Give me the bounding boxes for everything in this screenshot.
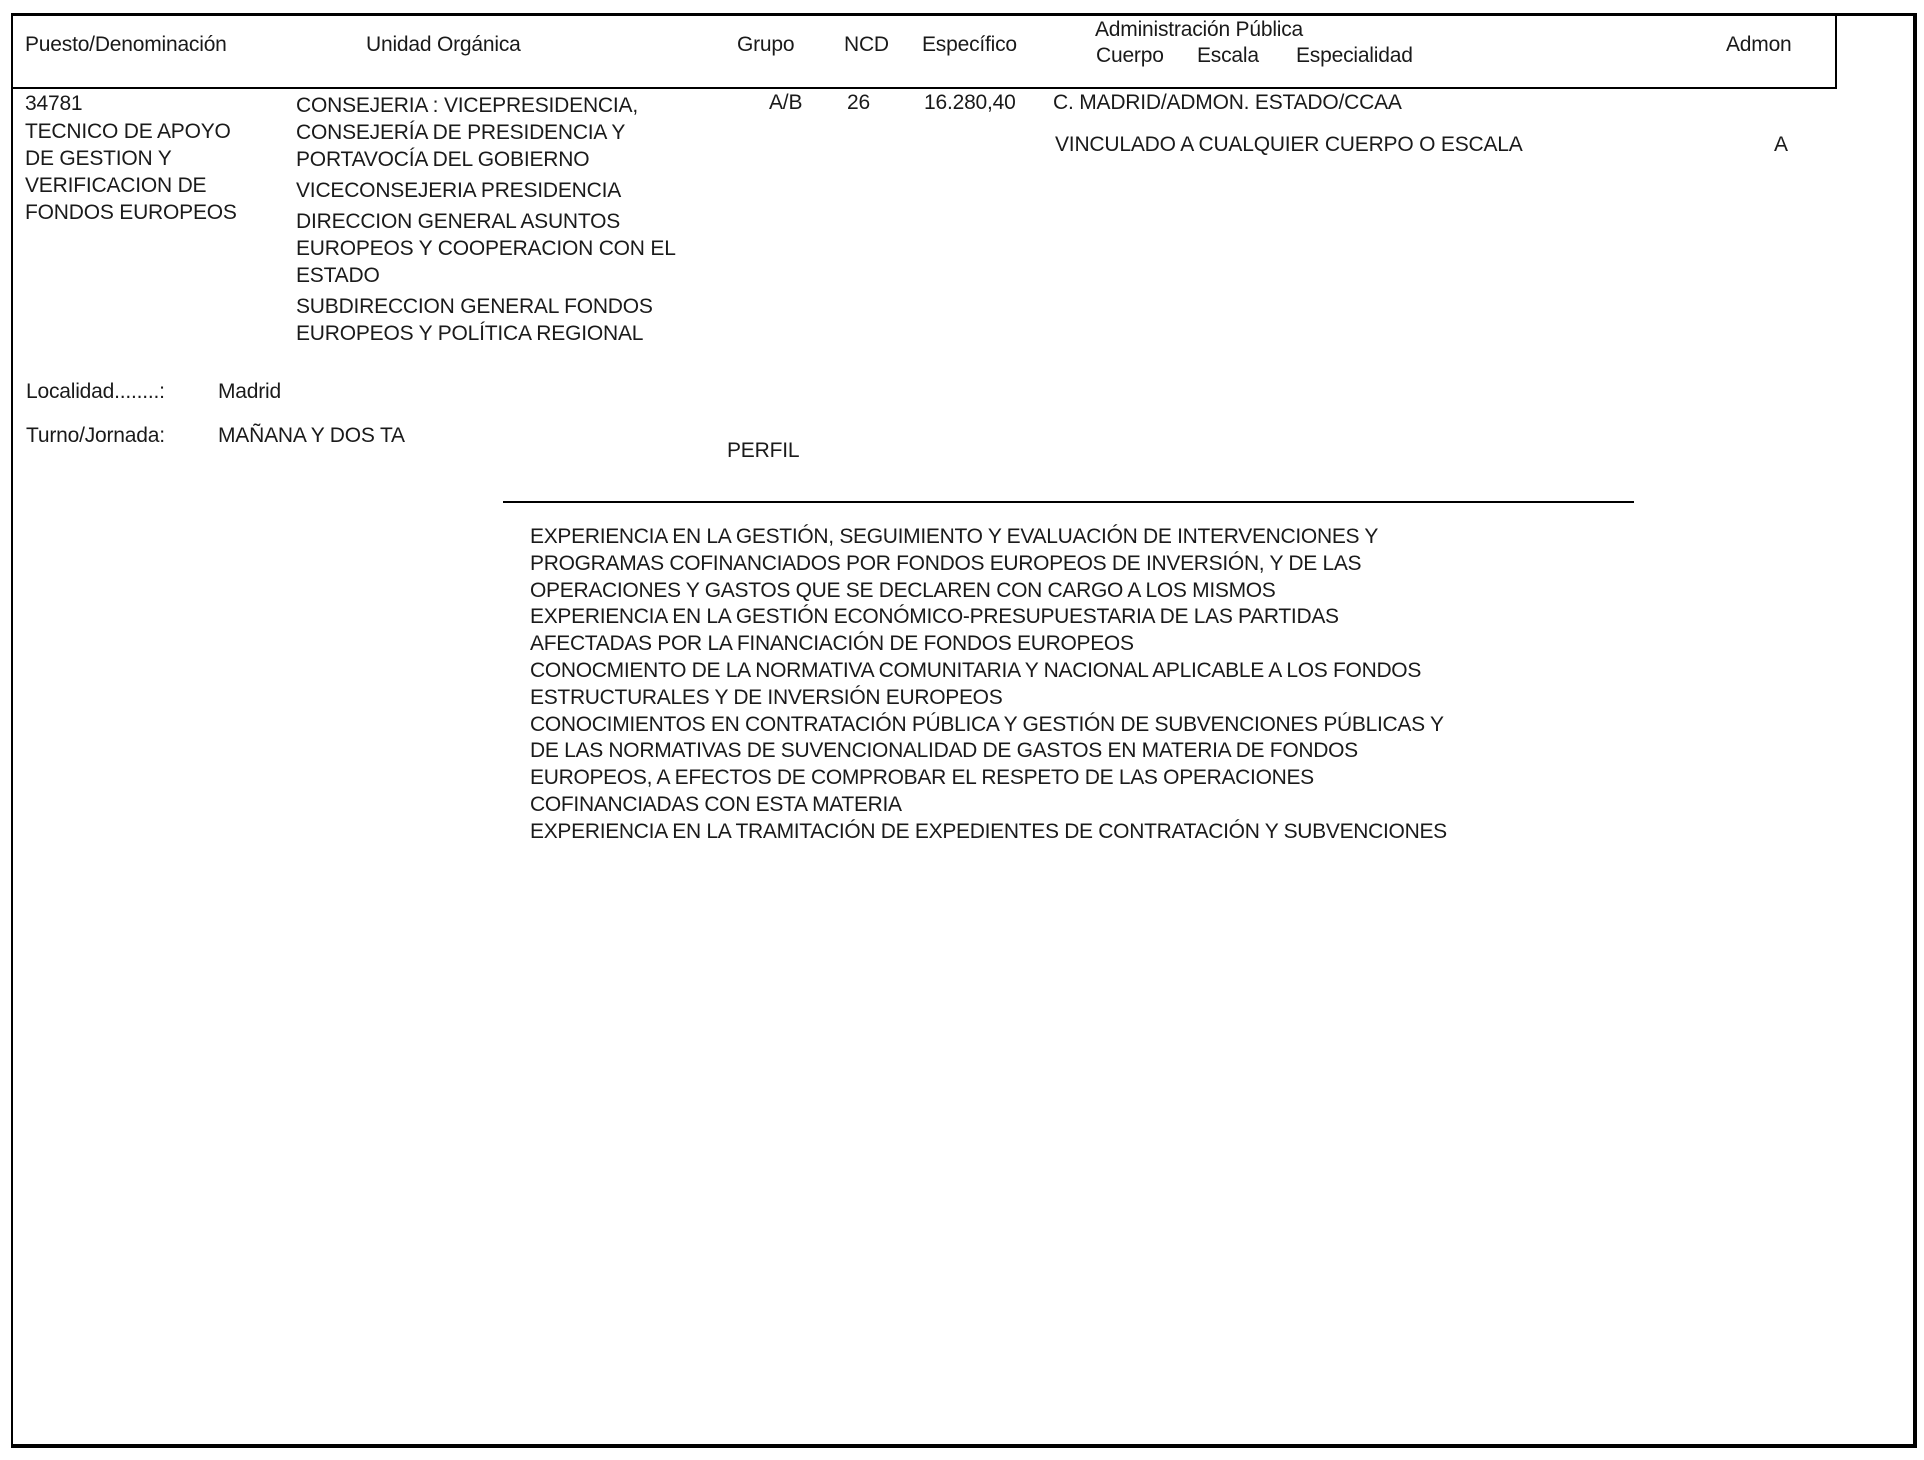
header-puesto: Puesto/Denominación: [25, 31, 227, 58]
unidad-organica: CONSEJERIA : VICEPRESIDENCIA, CONSEJERÍA…: [296, 92, 676, 347]
perfil-line: AFECTADAS POR LA FINANCIACIÓN DE FONDOS …: [530, 631, 1447, 658]
perfil-line: CONOCMIENTO DE LA NORMATIVA COMUNITARIA …: [530, 658, 1447, 685]
perfil-divider: [503, 501, 1634, 503]
unidad-line: SUBDIRECCION GENERAL FONDOS: [296, 293, 676, 320]
perfil-line: PROGRAMAS COFINANCIADOS POR FONDOS EUROP…: [530, 551, 1447, 578]
denominacion-line: FONDOS EUROPEOS: [25, 199, 237, 226]
header-ncd: NCD: [844, 31, 889, 58]
header-admon: Admon: [1726, 31, 1792, 58]
grupo-value: A/B: [769, 89, 802, 116]
denominacion-line: DE GESTION Y: [25, 145, 237, 172]
ncd-value: 26: [847, 89, 870, 116]
header-grupo: Grupo: [737, 31, 794, 58]
top-border: [11, 13, 1917, 16]
localidad-label: Localidad........:: [26, 378, 165, 405]
header-especialidad: Especialidad: [1296, 42, 1413, 69]
header-especifico: Específico: [922, 31, 1017, 58]
unidad-line: DIRECCION GENERAL ASUNTOS: [296, 208, 676, 235]
perfil-line: EUROPEOS, A EFECTOS DE COMPROBAR EL RESP…: [530, 765, 1447, 792]
unidad-line: PORTAVOCÍA DEL GOBIERNO: [296, 146, 676, 173]
unidad-line: EUROPEOS Y POLÍTICA REGIONAL: [296, 320, 676, 347]
header-administracion: Administración Pública: [1095, 16, 1303, 43]
unidad-line: CONSEJERIA : VICEPRESIDENCIA,: [296, 92, 676, 119]
perfil-line: EXPERIENCIA EN LA TRAMITACIÓN DE EXPEDIE…: [530, 819, 1447, 846]
admon-value: A: [1774, 131, 1788, 158]
perfil-text: EXPERIENCIA EN LA GESTIÓN, SEGUIMIENTO Y…: [530, 524, 1447, 846]
perfil-line: ESTRUCTURALES Y DE INVERSIÓN EUROPEOS: [530, 685, 1447, 712]
unidad-line: ESTADO: [296, 262, 676, 289]
puesto-denominacion: TECNICO DE APOYO DE GESTION Y VERIFICACI…: [25, 118, 237, 226]
perfil-title: PERFIL: [727, 437, 799, 464]
administracion-value: C. MADRID/ADMON. ESTADO/CCAA: [1053, 89, 1402, 116]
especifico-value: 16.280,40: [924, 89, 1016, 116]
puesto-codigo: 34781: [25, 90, 82, 117]
localidad-value: Madrid: [218, 378, 281, 405]
perfil-line: DE LAS NORMATIVAS DE SUVENCIONALIDAD DE …: [530, 738, 1447, 765]
unidad-line: CONSEJERÍA DE PRESIDENCIA Y: [296, 119, 676, 146]
turno-value: MAÑANA Y DOS TA: [218, 422, 405, 449]
perfil-line: COFINANCIADAS CON ESTA MATERIA: [530, 792, 1447, 819]
perfil-line: EXPERIENCIA EN LA GESTIÓN ECONÓMICO-PRES…: [530, 604, 1447, 631]
header-cuerpo: Cuerpo: [1096, 42, 1164, 69]
denominacion-line: VERIFICACION DE: [25, 172, 237, 199]
cuerpo-escala-value: VINCULADO A CUALQUIER CUERPO O ESCALA: [1055, 131, 1523, 158]
turno-label: Turno/Jornada:: [26, 422, 165, 449]
unidad-line: VICECONSEJERIA PRESIDENCIA: [296, 177, 676, 204]
perfil-line: EXPERIENCIA EN LA GESTIÓN, SEGUIMIENTO Y…: [530, 524, 1447, 551]
perfil-line: CONOCIMIENTOS EN CONTRATACIÓN PÚBLICA Y …: [530, 712, 1447, 739]
header-escala: Escala: [1197, 42, 1259, 69]
unidad-line: EUROPEOS Y COOPERACION CON EL: [296, 235, 676, 262]
denominacion-line: TECNICO DE APOYO: [25, 118, 237, 145]
header-unidad: Unidad Orgánica: [366, 31, 521, 58]
perfil-line: OPERACIONES Y GASTOS QUE SE DECLAREN CON…: [530, 578, 1447, 605]
